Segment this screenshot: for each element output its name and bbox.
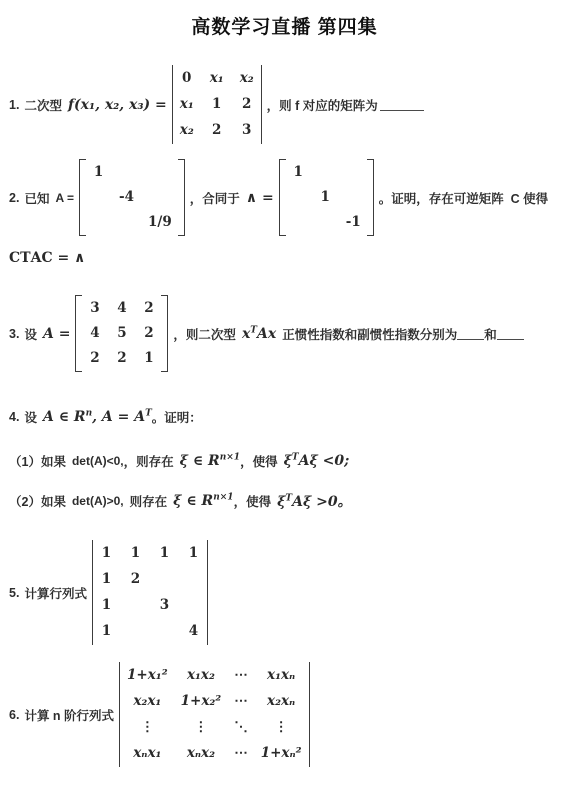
matrix-cell: 1 bbox=[158, 544, 171, 563]
matrix-cell bbox=[148, 163, 172, 182]
matrix-cell: x₁x₂ bbox=[181, 666, 222, 685]
matrix-cell: 1+x₂² bbox=[181, 692, 222, 711]
matrix-cell: 1 bbox=[129, 544, 142, 563]
and-text: 和 bbox=[484, 325, 497, 343]
matrix-cell: 1+x₁² bbox=[127, 666, 168, 685]
problem-5: 5. 计算行列式 1111121314 bbox=[0, 540, 569, 645]
matrix-cell: 5 bbox=[115, 324, 128, 343]
prove-text: 。证明： bbox=[152, 408, 202, 426]
problem-text: 正惯性指数和副惯性指数分别为 bbox=[282, 325, 457, 343]
matrix-cell: 3 bbox=[240, 121, 254, 140]
item-prefix: （1）如果 bbox=[9, 452, 66, 470]
answer-blank bbox=[380, 98, 424, 111]
answer-blank bbox=[497, 327, 524, 340]
problem-label: 计算行列式 bbox=[24, 584, 87, 602]
matrix-a-grid: 342452221 bbox=[82, 295, 161, 372]
matrix-cell: 2 bbox=[88, 349, 101, 368]
matrix-cell bbox=[119, 163, 134, 182]
matrix-cell: x₁ bbox=[210, 69, 224, 88]
bracket-left-icon bbox=[79, 159, 86, 236]
det-condition: det(A)>0, bbox=[72, 494, 124, 508]
bracket-right-icon bbox=[367, 159, 374, 236]
matrix-cell: ⋮ bbox=[181, 718, 222, 737]
matrix-cell: ⋮ bbox=[261, 718, 302, 737]
matrix-cell: 1 bbox=[142, 349, 155, 368]
problem-text: ，则二次型 bbox=[173, 325, 236, 343]
item-text: ，使得 bbox=[240, 452, 278, 470]
problem-number: 6. bbox=[9, 708, 19, 722]
quadratic-form-xtax: xTAx bbox=[242, 326, 276, 342]
matrix-cell: 2 bbox=[129, 570, 142, 589]
matrix-cell bbox=[158, 570, 171, 589]
matrix-cell: 3 bbox=[88, 299, 101, 318]
problem-number: 4. bbox=[9, 410, 19, 424]
matrix-cell: 1 bbox=[92, 163, 105, 182]
problem-text: 。证明，存在可逆矩阵 C 使得 bbox=[379, 189, 548, 207]
determinant-nxn: 1+x₁²x₁x₂⋯x₁xₙx₂x₁1+x₂²⋯x₂xₙ⋮⋮⋱⋮xₙx₁xₙx₂… bbox=[119, 662, 310, 767]
matrix-cell: x₂ bbox=[240, 69, 254, 88]
matrix-cell: 1 bbox=[100, 570, 113, 589]
xi-in-space: ξ ∈ Rn×1 bbox=[173, 493, 233, 509]
matrix-cell: 2 bbox=[142, 324, 155, 343]
matrix-a: 1-41/9 bbox=[79, 159, 185, 236]
problem-label: 设 bbox=[24, 325, 37, 343]
matrix-cell bbox=[292, 188, 305, 207]
matrix-cell: x₂xₙ bbox=[261, 692, 302, 711]
matrix-cell: 1 bbox=[292, 163, 305, 182]
problem-1: 1. 二次型 f(x₁, x₂, x₃) = 0x₁x₂x₁12x₂23 ，则 … bbox=[0, 65, 569, 144]
matrix-cell: ⋱ bbox=[234, 718, 248, 737]
matrix-cell: 2 bbox=[142, 299, 155, 318]
problem-label: 二次型 bbox=[24, 96, 62, 114]
problem-label: 设 bbox=[24, 408, 37, 426]
matrix-cell: x₂ bbox=[180, 121, 194, 140]
problem-2: 2. 已知 A = 1-41/9 ，合同于 ∧ = 11-1 。证明，存在可逆矩… bbox=[0, 159, 569, 236]
matrix-a-equals: A = bbox=[55, 191, 74, 205]
bracket-left-icon bbox=[279, 159, 286, 236]
matrix-cell bbox=[129, 596, 142, 615]
problem-number: 2. bbox=[9, 191, 19, 205]
problem-4: 4. 设 A ∈ Rn, A = AT 。证明： bbox=[0, 408, 569, 426]
problem-4-item-1: （1）如果 det(A)<0, ，则存在 ξ ∈ Rn×1 ，使得 ξTAξ <… bbox=[0, 452, 569, 470]
bracket-right-icon bbox=[161, 295, 168, 372]
problem-number: 1. bbox=[9, 98, 19, 112]
matrix-cell: 2 bbox=[115, 349, 128, 368]
matrix-cell: 1 bbox=[100, 622, 113, 641]
matrix-cell bbox=[129, 622, 142, 641]
matrix-cell: ⋯ bbox=[234, 666, 248, 685]
item-text: ，则存在 bbox=[124, 452, 174, 470]
ctac-equation: CTAC = ∧ bbox=[0, 250, 569, 266]
matrix-cell bbox=[292, 213, 305, 232]
worksheet-page: 高数学习直播 第四集 1. 二次型 f(x₁, x₂, x₃) = 0x₁x₂x… bbox=[0, 0, 569, 801]
quadratic-form-expression: f(x₁, x₂, x₃) = bbox=[68, 97, 167, 113]
matrix-cell: x₁ bbox=[180, 95, 194, 114]
matrix-cell bbox=[319, 213, 332, 232]
matrix-cell: 1 bbox=[100, 596, 113, 615]
item-text: 则存在 bbox=[130, 492, 168, 510]
matrix-cell: 3 bbox=[158, 596, 171, 615]
ctac-rest: AC = ∧ bbox=[31, 250, 86, 266]
xi-form-expression: ξTAξ >0。 bbox=[277, 491, 352, 511]
matrix-cell bbox=[158, 622, 171, 641]
bracket-left-icon bbox=[75, 295, 82, 372]
matrix-cell: 4 bbox=[187, 622, 200, 641]
matrix-cell: 1/9 bbox=[148, 213, 172, 232]
matrix-cell: x₂x₁ bbox=[127, 692, 168, 711]
condition-expression: A ∈ Rn, A = AT bbox=[43, 409, 152, 425]
matrix-lambda-grid: 11-1 bbox=[286, 159, 367, 236]
congruent-text: ，合同于 bbox=[190, 189, 240, 207]
matrix-cell: 1 bbox=[187, 544, 200, 563]
matrix-cell: ⋮ bbox=[127, 718, 168, 737]
lambda-equals: ∧ = bbox=[246, 190, 274, 206]
matrix-cell bbox=[92, 213, 105, 232]
matrix-cell: 1 bbox=[100, 544, 113, 563]
matrix-cell: 1+xₙ² bbox=[261, 744, 302, 763]
determinant-3x3: 0x₁x₂x₁12x₂23 bbox=[172, 65, 262, 144]
ctac-c: C bbox=[9, 250, 20, 266]
matrix-cell bbox=[92, 188, 105, 207]
matrix-cell: 4 bbox=[88, 324, 101, 343]
answer-blank bbox=[457, 327, 484, 340]
problem-number: 5. bbox=[9, 586, 19, 600]
problem-6: 6. 计算 n 阶行列式 1+x₁²x₁x₂⋯x₁xₙx₂x₁1+x₂²⋯x₂x… bbox=[0, 662, 569, 767]
matrix-cell bbox=[187, 570, 200, 589]
item-prefix: （2）如果 bbox=[9, 492, 66, 510]
matrix-cell: x₁xₙ bbox=[261, 666, 302, 685]
page-title: 高数学习直播 第四集 bbox=[0, 0, 569, 39]
matrix-a-equals: A = bbox=[43, 326, 70, 342]
matrix-cell: 0 bbox=[180, 69, 194, 88]
matrix-cell: 1 bbox=[319, 188, 332, 207]
matrix-a-grid: 1-41/9 bbox=[86, 159, 178, 236]
matrix-cell: xₙx₂ bbox=[181, 744, 222, 763]
matrix-cell bbox=[148, 188, 172, 207]
xi-in-space: ξ ∈ Rn×1 bbox=[180, 453, 240, 469]
problem-4-item-2: （2）如果 det(A)>0, 则存在 ξ ∈ Rn×1 ，使得 ξTAξ >0… bbox=[0, 491, 569, 511]
matrix-cell: -1 bbox=[346, 213, 361, 232]
bracket-right-icon bbox=[178, 159, 185, 236]
matrix-cell: 1 bbox=[210, 95, 224, 114]
matrix-cell bbox=[187, 596, 200, 615]
det-condition: det(A)<0, bbox=[72, 454, 124, 468]
matrix-cell: -4 bbox=[119, 188, 134, 207]
problem-text: ，则 f 对应的矩阵为 bbox=[267, 96, 378, 114]
item-text: ，使得 bbox=[234, 492, 272, 510]
matrix-cell: xₙx₁ bbox=[127, 744, 168, 763]
matrix-cell bbox=[346, 163, 361, 182]
problem-label: 已知 bbox=[24, 189, 49, 207]
xi-form-expression: ξTAξ <0; bbox=[284, 453, 350, 469]
matrix-cell bbox=[346, 188, 361, 207]
problem-3: 3. 设 A = 342452221 ，则二次型 xTAx 正惯性指数和副惯性指… bbox=[0, 295, 569, 372]
matrix-cell: ⋯ bbox=[234, 744, 248, 763]
matrix-a: 342452221 bbox=[75, 295, 168, 372]
matrix-cell: ⋯ bbox=[234, 692, 248, 711]
matrix-cell bbox=[319, 163, 332, 182]
matrix-cell: 2 bbox=[240, 95, 254, 114]
problem-number: 3. bbox=[9, 327, 19, 341]
determinant-4x4: 1111121314 bbox=[92, 540, 208, 645]
matrix-cell: 4 bbox=[115, 299, 128, 318]
matrix-lambda: 11-1 bbox=[279, 159, 374, 236]
problem-label: 计算 n 阶行列式 bbox=[24, 706, 114, 724]
matrix-cell: 2 bbox=[210, 121, 224, 140]
matrix-cell bbox=[119, 213, 134, 232]
